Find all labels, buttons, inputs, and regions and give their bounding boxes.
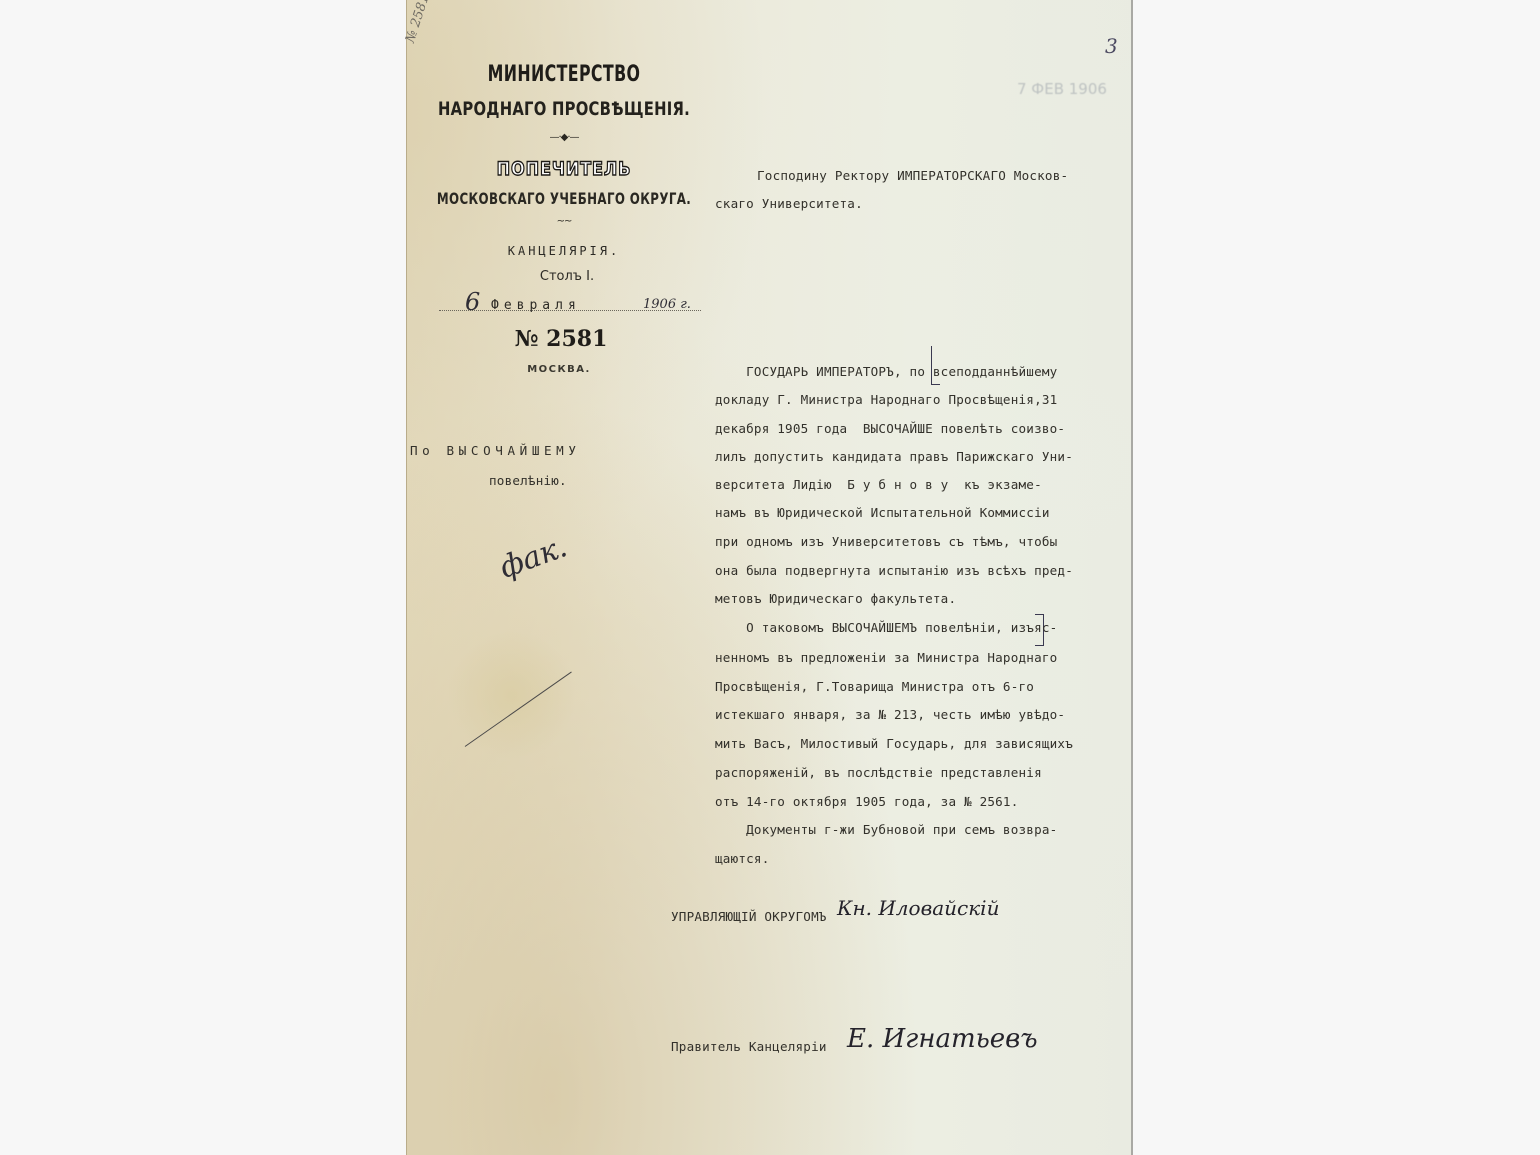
- page-number: 3: [1105, 34, 1118, 58]
- body-line: декабря 1905 года ВЫСОЧАЙШЕ повелѣть сои…: [715, 421, 1065, 436]
- district-title: МОСКОВСКАГО УЧЕБНАГО ОКРУГА.: [437, 189, 691, 208]
- body-line: щаются.: [715, 851, 769, 866]
- chancellery-head-signature: Е. Игнатьевъ: [847, 1024, 1038, 1054]
- paper-stain: [447, 630, 577, 760]
- ornament-divider: —·◆·—: [549, 132, 578, 143]
- body-line: при одномъ изъ Университетовъ съ тѣмъ, ч…: [715, 534, 1057, 549]
- chancellery-head-title: Правитель Канцеляріи: [671, 1039, 827, 1054]
- body-line: ненномъ въ предложеніи за Министра Народ…: [715, 650, 1057, 665]
- body-line: докладу Г. Министра Народнаго Просвѣщені…: [715, 392, 1057, 407]
- body-line: метовъ Юридическаго факультета.: [715, 591, 956, 606]
- archive-stamp: 7 ФЕВ 1906: [1017, 80, 1107, 98]
- manager-title: УПРАВЛЯЮЩІЙ ОКРУГОМЪ: [671, 909, 827, 924]
- body-line: истекшаго января, за № 213, честь имѣю у…: [715, 707, 1065, 722]
- faculty-note: фак.: [495, 529, 572, 585]
- date-year: 1906 г.: [643, 297, 691, 312]
- ministry-title: МИНИСТЕРСТВО: [488, 62, 641, 87]
- date-day: 6: [465, 288, 480, 316]
- body-line: намъ въ Юридической Испытательной Коммис…: [715, 505, 1050, 520]
- body-line: она была подвергнута испытанію изъ всѣхъ…: [715, 563, 1073, 578]
- by-command-line1: По ВЫСОЧАЙШЕМУ: [410, 443, 581, 458]
- addressee-line2: скаго Университета.: [715, 196, 863, 211]
- body-line: О таковомъ ВЫСОЧАЙШЕМЪ повелѣніи, изъяс-: [715, 620, 1057, 635]
- body-line: Просвѣщенія, Г.Товарища Министра отъ 6-г…: [715, 679, 1034, 694]
- chancellery-label: КАНЦЕЛЯРІЯ.: [508, 244, 620, 258]
- body-line: ГОСУДАРЬ ИМПЕРАТОРЪ, по всеподданнѣйшему: [715, 364, 1057, 379]
- body-line: Документы г-жи Бубновой при семъ возвра-: [715, 822, 1057, 837]
- city-label: МОСКВА.: [527, 364, 591, 375]
- addressee-line1: Господину Ректору ИМПЕРАТОРСКАГО Москов-: [757, 168, 1068, 183]
- margin-note: № 2581 ...: [403, 0, 438, 45]
- date-month: Февраля: [491, 298, 581, 313]
- trustee-title: ПОПЕЧИТЕЛЬ: [497, 158, 632, 180]
- ministry-subtitle: НАРОДНАГО ПРОСВѢЩЕНІЯ.: [438, 98, 690, 120]
- body-line: отъ 14-го октября 1905 года, за № 2561.: [715, 794, 1019, 809]
- archival-letter-page: № 2581 ... 3 7 ФЕВ 1906 МИНИСТЕРСТВО НАР…: [406, 0, 1133, 1155]
- by-command-line2: повелѣнію.: [489, 473, 567, 488]
- body-line: лилъ допустить кандидата правъ Парижскаг…: [715, 449, 1073, 464]
- desk-label: Столъ I.: [540, 269, 594, 284]
- ornament-divider-small: ~~: [557, 216, 572, 227]
- body-line: верситета Лидію Б у б н о в у къ экзаме-: [715, 477, 1042, 492]
- body-line: мить Васъ, Милостивый Государь, для зави…: [715, 736, 1073, 751]
- body-line: распоряженій, въ послѣдствіе представлен…: [715, 765, 1042, 780]
- manager-signature: Кн. Иловайскій: [837, 896, 999, 920]
- document-number: № 2581: [515, 326, 608, 352]
